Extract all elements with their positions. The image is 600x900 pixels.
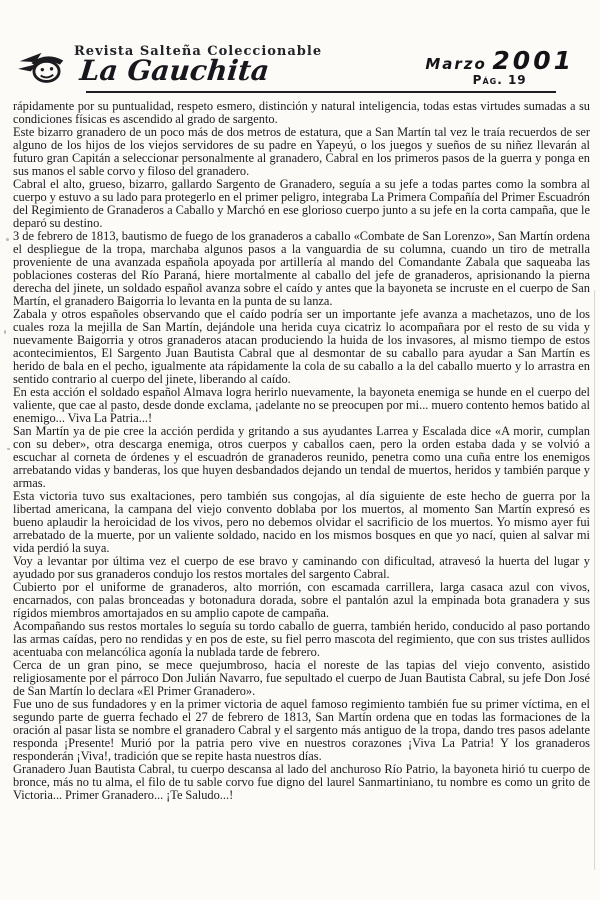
article-body: rápidamente por su puntualidad, respeto …	[13, 100, 590, 802]
article-paragraph: Voy a levantar por última vez el cuerpo …	[13, 555, 590, 581]
article-paragraph: Este bizarro granadero de un poco más de…	[13, 126, 590, 178]
article-paragraph: Esta victoria tuvo sus exaltaciones, per…	[13, 490, 590, 555]
scan-page-edge	[594, 290, 595, 870]
gaucho-logo-icon	[18, 50, 70, 91]
article-paragraph: Cerca de un gran pino, se mece quejumbro…	[13, 659, 590, 698]
issue-date: Marzo 2001	[425, 46, 574, 75]
article-paragraph: Acompañando sus restos mortales lo seguí…	[13, 620, 590, 659]
article-paragraph: En esta acción el soldado español Almava…	[13, 386, 590, 425]
article-paragraph: Fue uno de sus fundadores y en la primer…	[13, 698, 590, 763]
page-number: Pág. 19	[425, 73, 574, 87]
page-header: Revista Salteña Coleccionable La Gauchit…	[0, 0, 600, 91]
article-paragraph: Cabral el alto, grueso, bizarro, gallard…	[13, 178, 590, 230]
article-paragraph: 3 de febrero de 1813, bautismo de fuego …	[13, 230, 590, 308]
article-paragraph: San Martín ya de pie cree la acción perd…	[13, 425, 590, 490]
article-paragraph: Zabala y otros españoles observando que …	[13, 308, 590, 386]
header-divider	[86, 91, 556, 93]
scan-speck	[6, 238, 9, 241]
issue-month: Marzo	[425, 55, 486, 73]
issue-info: Marzo 2001 Pág. 19	[425, 46, 574, 87]
magazine-title: La Gauchita	[79, 57, 324, 85]
article-paragraph: Cubierto por el uniforme de granaderos, …	[13, 581, 590, 620]
magazine-brand: Revista Salteña Coleccionable La Gauchit…	[18, 44, 322, 91]
magazine-brand-text: Revista Salteña Coleccionable La Gauchit…	[74, 44, 322, 85]
article-paragraph: Granadero Juan Bautista Cabral, tu cuerp…	[13, 763, 590, 802]
scan-speck	[4, 330, 6, 334]
issue-year: 2001	[492, 46, 574, 75]
magazine-page: Revista Salteña Coleccionable La Gauchit…	[0, 0, 600, 900]
article-paragraph: rápidamente por su puntualidad, respeto …	[13, 100, 590, 126]
scan-speck	[7, 448, 10, 450]
